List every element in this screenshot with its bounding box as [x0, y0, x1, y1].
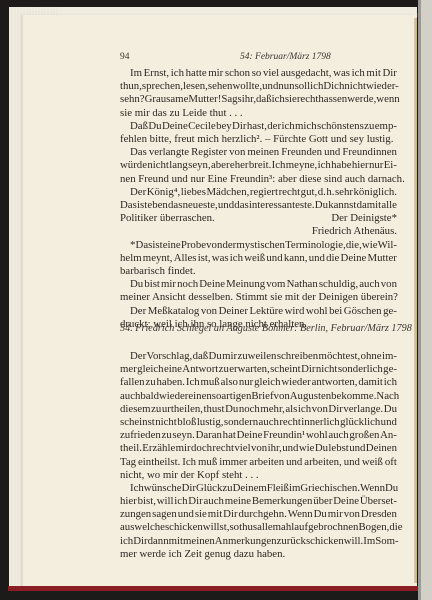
word: lustig, — [197, 416, 224, 429]
word: Ich — [186, 376, 200, 389]
word: helm — [120, 252, 142, 265]
word: ohne — [361, 350, 382, 363]
text-line: DerKönig⁴,liebesMädchen,regiertrechtgut,… — [120, 186, 397, 199]
word: scheint — [270, 363, 301, 376]
word: Deine — [199, 278, 225, 291]
word: ist — [152, 239, 162, 252]
book-gutter — [414, 18, 417, 583]
word: mit — [169, 535, 183, 548]
word: schuldig, — [319, 278, 358, 291]
word: sehen — [208, 80, 233, 93]
word: Augusten — [290, 390, 331, 403]
word: durchgehn. — [239, 508, 287, 521]
word: großen — [349, 429, 379, 442]
word: mir — [208, 67, 223, 80]
line-text: nicht, wo mir der Kopf steht . . . — [120, 469, 259, 482]
word: Tag — [120, 456, 136, 469]
word: meynt, — [143, 252, 173, 265]
word: von — [206, 239, 222, 252]
closing-line: Der Deinigste* — [120, 212, 397, 225]
word: wie — [299, 442, 315, 455]
word: Erzähle — [142, 442, 175, 455]
text-line: thun,sprechen,lesen,sehenwollte,undnunso… — [120, 80, 397, 93]
word: bald — [140, 390, 159, 403]
word: Nathan — [287, 278, 318, 291]
word: die — [326, 252, 339, 265]
word: recht — [297, 93, 319, 106]
word: weiß — [362, 456, 383, 469]
text-line: sehn?GrausameMutter!Sagsihr,daßichsierec… — [120, 93, 397, 106]
word: und — [262, 80, 278, 93]
word: auch — [328, 429, 348, 442]
text-line: fehlen bitte, freut mich herzlich². – Fü… — [120, 133, 397, 146]
word: und — [266, 252, 282, 265]
word: Grausame — [145, 93, 189, 106]
word: wie — [362, 239, 378, 252]
text-line: hierbist,willichDirauchmeineBemerkungenü… — [120, 495, 397, 508]
word: eher — [230, 159, 249, 172]
word: königlich. — [354, 186, 397, 199]
word: Ich — [130, 482, 144, 495]
word: Antwort — [182, 363, 218, 376]
word: im — [289, 482, 300, 495]
word: einen — [188, 390, 211, 403]
text-line: auchbaldwiedereinensoartigenBriefvonAugu… — [120, 390, 397, 403]
word: die, — [346, 239, 362, 252]
word: urtheilen, — [162, 403, 203, 416]
word: zungen — [120, 508, 151, 521]
text-line: auswelcheschickenwillst,sothusallemahlau… — [120, 521, 397, 534]
word: Griechischen. — [300, 482, 360, 495]
word: gleich — [254, 376, 280, 389]
word: hier — [352, 159, 369, 172]
word: Du — [315, 199, 328, 212]
word: im- — [382, 350, 397, 363]
word: Probe — [181, 239, 206, 252]
word: habe — [331, 159, 351, 172]
word: ich — [352, 67, 365, 80]
word: wird — [285, 305, 305, 318]
word: innerlich — [301, 416, 339, 429]
word: diesem — [120, 403, 151, 416]
word: Ich — [182, 456, 196, 469]
word: Freunden — [281, 146, 322, 159]
word: neueste, — [183, 199, 218, 212]
line-text: meiner Ansicht desselben. Stimmt sie mit… — [120, 291, 398, 304]
word: Mädchen, — [206, 186, 249, 199]
line-text: nen Freund und nur Eine Freundin³: aber … — [120, 173, 405, 186]
word: hatte — [186, 67, 207, 80]
word: bekomme. — [331, 390, 376, 403]
word: sondern — [224, 416, 258, 429]
text-line: meiner Ansicht desselben. Stimmt sie mit… — [120, 291, 397, 304]
word: muß — [201, 376, 220, 389]
word: Wenn — [360, 482, 385, 495]
word: soll — [295, 80, 311, 93]
word: welche — [134, 521, 165, 534]
word: haben. — [157, 376, 185, 389]
word: Deine — [162, 120, 188, 133]
word: wenn — [376, 93, 399, 106]
word: und — [178, 508, 194, 521]
word: schicken — [306, 535, 344, 548]
word: bei — [329, 305, 342, 318]
text-line: fallenzuhaben.Ichmußalsonurgleichwiedera… — [120, 376, 397, 389]
word: der — [222, 239, 236, 252]
word: und — [349, 442, 365, 455]
word: von — [251, 442, 267, 455]
word: sagen — [152, 508, 177, 521]
word: wieder — [159, 390, 188, 403]
word: ge- — [383, 305, 397, 318]
word: werde, — [347, 93, 376, 106]
word: Deinem — [233, 482, 267, 495]
word: breit. — [249, 159, 272, 172]
word: Bogen, — [358, 521, 389, 534]
text-line: ImErnst,ichhattemirschonsovielausgedacht… — [120, 67, 397, 80]
word: Deiner — [219, 305, 248, 318]
word: ich — [120, 535, 133, 548]
word: antworten, — [312, 376, 358, 389]
word: Ernst, — [144, 67, 170, 80]
word: recht — [279, 186, 301, 199]
word: damit — [357, 199, 382, 212]
text-line: mer werde ich Zeit genug dazu haben. — [120, 548, 397, 561]
word: eintheilst. — [138, 456, 180, 469]
word: daß — [193, 350, 209, 363]
word: von — [274, 390, 290, 403]
word: interessanteste. — [249, 199, 315, 212]
word: Dir — [232, 120, 246, 133]
word: Dir — [133, 535, 147, 548]
letter-continuation-text: ImErnst,ichhattemirschonsovielausgedacht… — [120, 67, 397, 225]
word: zu — [364, 120, 374, 133]
word: ich — [310, 80, 323, 93]
word: eine — [164, 363, 182, 376]
word: daß — [256, 93, 272, 106]
word: glücklich — [340, 416, 380, 429]
text-line: würdenichtlangseyn,abereherbreit.Ichmeyn… — [120, 159, 397, 172]
word: Bemerkungen — [252, 495, 313, 508]
text-line: sie mir das zu Leide thut . . . — [120, 107, 397, 120]
word: Du — [315, 442, 328, 455]
word: ich — [230, 252, 243, 265]
word: zu — [219, 363, 229, 376]
word: wieder — [281, 376, 310, 389]
word: über — [313, 495, 332, 508]
word: Wenn — [288, 508, 313, 521]
closing-text: Der Deinigste* — [331, 212, 397, 225]
text-line: DasverlangteRegistervonmeinenFreundenund… — [120, 146, 397, 159]
word: meinen — [247, 146, 279, 159]
book-cover-bottom-edge — [8, 586, 418, 591]
word: was — [212, 252, 229, 265]
text-line: zungensagenundsiemitDirdurchgehn.WennDum… — [120, 508, 397, 521]
word: sie — [285, 93, 297, 106]
text-line: DaßDuDeineCecilebeyDirhast,derichmichsch… — [120, 120, 397, 133]
word: eben — [147, 199, 167, 212]
word: wünsche — [144, 482, 182, 495]
word: gleich — [137, 363, 163, 376]
text-line: helmmeynt,Allesist,wasichweißundkann,und… — [120, 252, 397, 265]
word: regiert — [250, 186, 278, 199]
word: gebrochnen — [308, 521, 358, 534]
word: muß — [198, 456, 217, 469]
line-text: barbarisch findet. — [120, 265, 196, 278]
word: auch — [120, 390, 140, 403]
word: mit — [366, 67, 380, 80]
facing-page-shadow — [418, 0, 421, 600]
word: Mutter! — [188, 93, 221, 106]
word: mir — [328, 508, 343, 521]
text-line: diesemzuurtheilen,thustDunochmehr,alsich… — [120, 403, 397, 416]
word: noch — [177, 278, 198, 291]
word: von — [381, 278, 397, 291]
word: lesen, — [183, 80, 208, 93]
word: Vorschlag, — [147, 350, 193, 363]
word: von — [312, 403, 328, 416]
word: Dir — [328, 403, 342, 416]
text-line: DerVorschlag,daßDumirzuweilenschreibenmö… — [120, 350, 397, 363]
word: der — [267, 120, 281, 133]
word: sehn? — [120, 93, 145, 106]
word: Der — [130, 350, 146, 363]
word: seyn, — [188, 159, 211, 172]
word: Du — [225, 403, 238, 416]
word: und — [381, 416, 397, 429]
word: viel — [263, 67, 279, 80]
word: Das — [136, 239, 153, 252]
word: Im — [130, 67, 142, 80]
word: so — [229, 521, 239, 534]
word: mich — [295, 120, 317, 133]
word: d. — [318, 186, 326, 199]
word: Dir — [188, 495, 202, 508]
word: verlangte — [149, 146, 189, 159]
word: zu — [151, 403, 161, 416]
text-line: barbarisch findet. — [120, 265, 397, 278]
word: sonderlich — [338, 363, 383, 376]
word: Dresden — [361, 508, 397, 521]
word: Der — [130, 305, 146, 318]
page-number: 94 — [120, 52, 130, 62]
text-line: Tageintheilst.Ichmußimmerarbeitenundarbe… — [120, 456, 397, 469]
word: Dir — [223, 508, 237, 521]
word: ihr, — [242, 93, 256, 106]
word: Das — [130, 146, 147, 159]
word: und — [286, 456, 302, 469]
word: An- — [380, 429, 397, 442]
word: hassen — [318, 93, 347, 106]
word: zurück — [277, 535, 306, 548]
text-line: IchwünscheDirGlückzuDeinemFleißimGriechi… — [120, 482, 397, 495]
word: meyne, — [286, 159, 317, 172]
word: schreiben — [277, 350, 318, 363]
word: Das — [120, 199, 137, 212]
word: hast, — [247, 120, 267, 133]
word: fallen — [120, 376, 145, 389]
word: zu — [222, 482, 232, 495]
word: erwarten, — [229, 363, 269, 376]
footnote-text: *DasisteineProbevondermystischenTerminol… — [120, 239, 397, 279]
word: von — [344, 508, 360, 521]
word: sehr — [335, 186, 353, 199]
word: Brief — [251, 390, 273, 403]
text-line: zufriedenzuseyn.DaranhatDeineFreundin¹wo… — [120, 429, 397, 442]
word: noch — [239, 403, 260, 416]
word: eine — [163, 239, 181, 252]
word: und — [324, 146, 340, 159]
word: bey — [216, 120, 232, 133]
word: willst, — [203, 521, 230, 534]
word: möchtest, — [319, 350, 361, 363]
word: ich — [298, 403, 311, 416]
word: will — [157, 495, 174, 508]
word: Deine — [341, 252, 367, 265]
word: recht — [279, 416, 301, 429]
word: schönstens — [317, 120, 364, 133]
word: Dir — [182, 482, 196, 495]
word: bist — [144, 278, 160, 291]
word: Som- — [375, 535, 398, 548]
text-line: Dasistebendasneueste,unddasinteressantes… — [120, 199, 397, 212]
word: ich — [318, 159, 331, 172]
word: emp- — [375, 120, 397, 133]
word: Meßkatalog — [148, 305, 200, 318]
word: arbeiten — [249, 456, 284, 469]
word: Mutter — [368, 252, 397, 265]
word: Register — [191, 146, 227, 159]
word: mit — [208, 508, 222, 521]
word: zu — [145, 376, 155, 389]
word: scheinst — [120, 416, 155, 429]
word: und — [282, 442, 298, 455]
word: Alles — [174, 252, 197, 265]
word: Fleiß — [267, 482, 289, 495]
word: nicht — [344, 80, 366, 93]
text-line: ichDirdannmitmeinenAnmerkungenzurückschi… — [120, 535, 397, 548]
word: Der — [130, 186, 146, 199]
line-text: sie mir das zu Leide thut . . . — [120, 107, 243, 120]
word: arbeiten, — [304, 456, 341, 469]
word: Du — [130, 278, 143, 291]
word: lebst — [328, 442, 348, 455]
text-line: DubistmirnochDeineMeinungvomNathanschuld… — [120, 278, 397, 291]
text-line: theil.Erzählemirdochrechtvielvonihr,undw… — [120, 442, 397, 455]
word: Sags — [221, 93, 241, 106]
word: schon — [225, 67, 250, 80]
word: mir — [161, 278, 176, 291]
word: ist, — [198, 252, 211, 265]
word: Du — [384, 403, 397, 416]
word: bloß — [177, 416, 196, 429]
word: ich — [171, 67, 184, 80]
word: kannst — [328, 199, 356, 212]
word: liebes — [181, 186, 206, 199]
word: Lektüre — [249, 305, 283, 318]
word: und — [218, 199, 234, 212]
word: Überset- — [360, 495, 397, 508]
word: hier — [120, 495, 137, 508]
word: Wil- — [378, 239, 397, 252]
word: alle — [381, 199, 397, 212]
word: kann, — [284, 252, 308, 265]
word: doch — [191, 442, 212, 455]
word: Dich — [323, 80, 344, 93]
word: mir — [176, 442, 191, 455]
text-line: mergleicheineAntwortzuerwarten,scheintDi… — [120, 363, 397, 376]
word: Deine — [333, 495, 359, 508]
word: hat — [223, 429, 236, 442]
word: schicken — [165, 521, 203, 534]
word: nur — [239, 376, 253, 389]
word: theil. — [120, 442, 142, 455]
word: König⁴, — [147, 186, 180, 199]
word: ist — [137, 199, 147, 212]
word: weiß — [244, 252, 265, 265]
word: ihr, — [268, 442, 282, 455]
word: sie — [195, 508, 207, 521]
word: Du — [209, 350, 222, 363]
word: was — [333, 67, 350, 80]
word: Deinen — [366, 442, 397, 455]
word: also — [221, 376, 238, 389]
word: dann — [148, 535, 169, 548]
text-line: *DasisteineProbevondermystischenTerminol… — [120, 239, 397, 252]
word: wieder- — [366, 80, 399, 93]
word: nicht — [155, 416, 177, 429]
word: auch — [359, 278, 379, 291]
word: Dir — [382, 67, 396, 80]
word: würde — [120, 159, 147, 172]
word: Freundin¹ — [263, 429, 305, 442]
word: Du — [314, 508, 327, 521]
word: Deine — [237, 429, 263, 442]
word: auch — [204, 495, 224, 508]
word: mystischen — [236, 239, 285, 252]
word: damit — [358, 376, 383, 389]
word: allemahl — [257, 521, 294, 534]
word: als — [285, 403, 297, 416]
word: und — [344, 456, 360, 469]
word: Meinung — [226, 278, 265, 291]
letter-body-text: DerVorschlag,daßDumirzuweilenschreibenmö… — [120, 350, 397, 561]
running-head: 54: Februar/März 1798 — [240, 52, 331, 62]
word: von — [229, 146, 245, 159]
word: vom — [266, 278, 285, 291]
word: nicht — [316, 363, 338, 376]
word: ge- — [383, 363, 397, 376]
word: recht — [212, 442, 234, 455]
word: aus — [120, 521, 134, 534]
word: Im — [363, 535, 375, 548]
word: Daß — [130, 120, 148, 133]
text-line: scheinstnichtbloßlustig,sondernauchrecht… — [120, 416, 397, 429]
word: Du — [385, 482, 398, 495]
word: ich — [384, 376, 397, 389]
line-text: mer werde ich Zeit genug dazu haben. — [120, 548, 285, 561]
word: und — [309, 252, 325, 265]
word: nun — [278, 80, 294, 93]
word: immer — [219, 456, 247, 469]
word: Daran — [196, 429, 222, 442]
letter-heading: 54. Friedrich Schlegel an Auguste Böhmer… — [120, 323, 397, 334]
word: zu — [161, 429, 171, 442]
word: verlange. — [343, 403, 383, 416]
word: Freundinnen — [342, 146, 397, 159]
word: oft — [385, 456, 397, 469]
word: Anmerkungen — [215, 535, 277, 548]
